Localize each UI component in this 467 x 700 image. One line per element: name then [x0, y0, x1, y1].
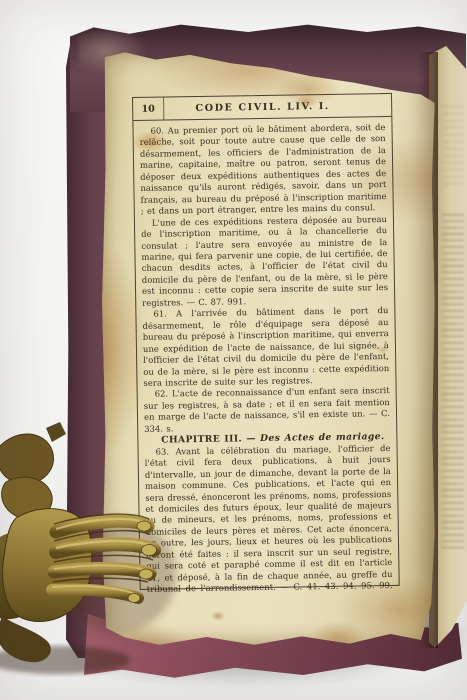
chapter-title: Des Actes de mariage.: [260, 431, 385, 444]
middle-fingertip: [142, 545, 157, 556]
facing-page-blurred-text-upper: [444, 106, 463, 186]
pinky-fingertip: [128, 594, 140, 603]
bronze-drapery-tip: [46, 422, 66, 442]
page-number: 10: [133, 97, 164, 119]
running-title: CODE CIVIL. LIV. I.: [164, 100, 361, 114]
article-61-paragraph: 61. A l'arrivée du bâtiment dans le port…: [142, 305, 389, 389]
index-fingertip: [137, 521, 151, 531]
bronze-hand-sculpture: [0, 420, 196, 680]
bronze-drapery-fold: [0, 434, 54, 484]
chapter-dash: —: [246, 433, 256, 444]
facing-page-blurred-text: [442, 214, 464, 549]
article-60-continuation-paragraph: L'une de ces expéditions restera déposée…: [141, 214, 388, 309]
bronze-ring-finger: [54, 568, 150, 574]
photo-scene: 10 CODE CIVIL. LIV. I. 60. Au premier po…: [0, 0, 467, 700]
article-60-paragraph: 60. Au premier port où le bâtiment abord…: [139, 122, 386, 217]
ring-fingertip: [139, 569, 153, 579]
